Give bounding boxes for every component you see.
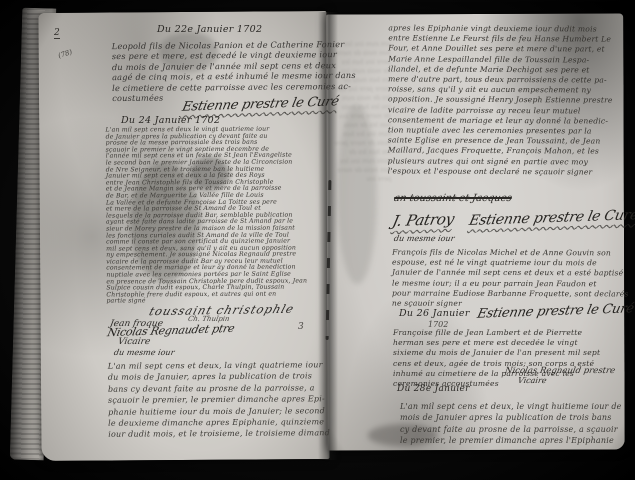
text-line: le mesme iour; il a eu pour parrain Jean… (392, 278, 629, 289)
text-line: l'espoux et l'espouse ont declaré ne sça… (388, 166, 613, 177)
signature-vicaire-title: Vicaire (517, 376, 547, 385)
gutter-digit: 3 (298, 322, 304, 332)
text-line: L'an mil sept cens et deux, le vingt hui… (400, 401, 622, 412)
text-line: Januier de l'année mil sept cens et deux… (392, 268, 629, 279)
marriage-entry-lefeurst: apres les Epiphanie vingt deuxieme iour … (388, 23, 613, 177)
text-line: le premier, le premier dimanche apres l'… (400, 435, 622, 446)
text-line: Four, et Anne Douillet ses pere et mere … (388, 44, 613, 55)
signature-vicaire-title: Vicaire (117, 337, 151, 347)
signature-patroy: J. Patroy (391, 210, 456, 230)
text-line: mois de Januier apres la publication de … (400, 412, 622, 423)
text-line: Maillard, Jacques Froquette, François Ma… (388, 146, 613, 157)
text-line: herman ses pere et mere est decedée le v… (393, 338, 600, 348)
text-line: le cimetiere de cette parroisse avec les… (112, 81, 356, 94)
book-scan: um eum iou les ban mois de mere pere iou… (0, 0, 635, 480)
entry-heading: Du 22e Januier 1702 (157, 24, 262, 35)
entry-heading: Du 26 Januier (399, 308, 470, 319)
entry-heading: Du 24 Januier 1702 (121, 115, 220, 126)
text-line: cy devant faite au prosne de la parroiss… (400, 424, 622, 435)
baptism-entry-michel: François fils de Nicolas Michel et de An… (392, 248, 629, 310)
burial-entry-lambert: Françoise fille de Jean Lambert et de Pi… (393, 328, 600, 389)
page-number: 2 (54, 28, 60, 39)
entry-heading: Du 28e Januier (397, 384, 470, 394)
bans-entry: L'an mil sept cens et deux, le vingt hui… (400, 401, 622, 447)
marriage-entry-christophle: L'an mil sept cens et deux le vingt quat… (106, 126, 308, 305)
signature-vicaire: Nicolas Regnauld prestre (504, 366, 616, 376)
burial-entry-leopold: Leopold fils de Nicolas Panion et de Cat… (112, 39, 356, 104)
bans-entry: L'an mil sept cens et deux, la vingt qua… (108, 359, 330, 440)
text-line: Françoise fille de Jean Lambert et de Pi… (393, 328, 600, 338)
text-line: iour dudit mois, et le troisieme, le tro… (108, 428, 330, 441)
entry-heading: du mesme iour (393, 234, 455, 243)
struck-out-signature: an toussaint et Jacques (393, 193, 513, 204)
text-line: sixieme du mois de Januier de l'an prese… (393, 348, 600, 358)
text-line: opposition. Je soussigné Henry Joseph Es… (388, 95, 613, 106)
entry-heading: du mesme iour (113, 348, 175, 357)
